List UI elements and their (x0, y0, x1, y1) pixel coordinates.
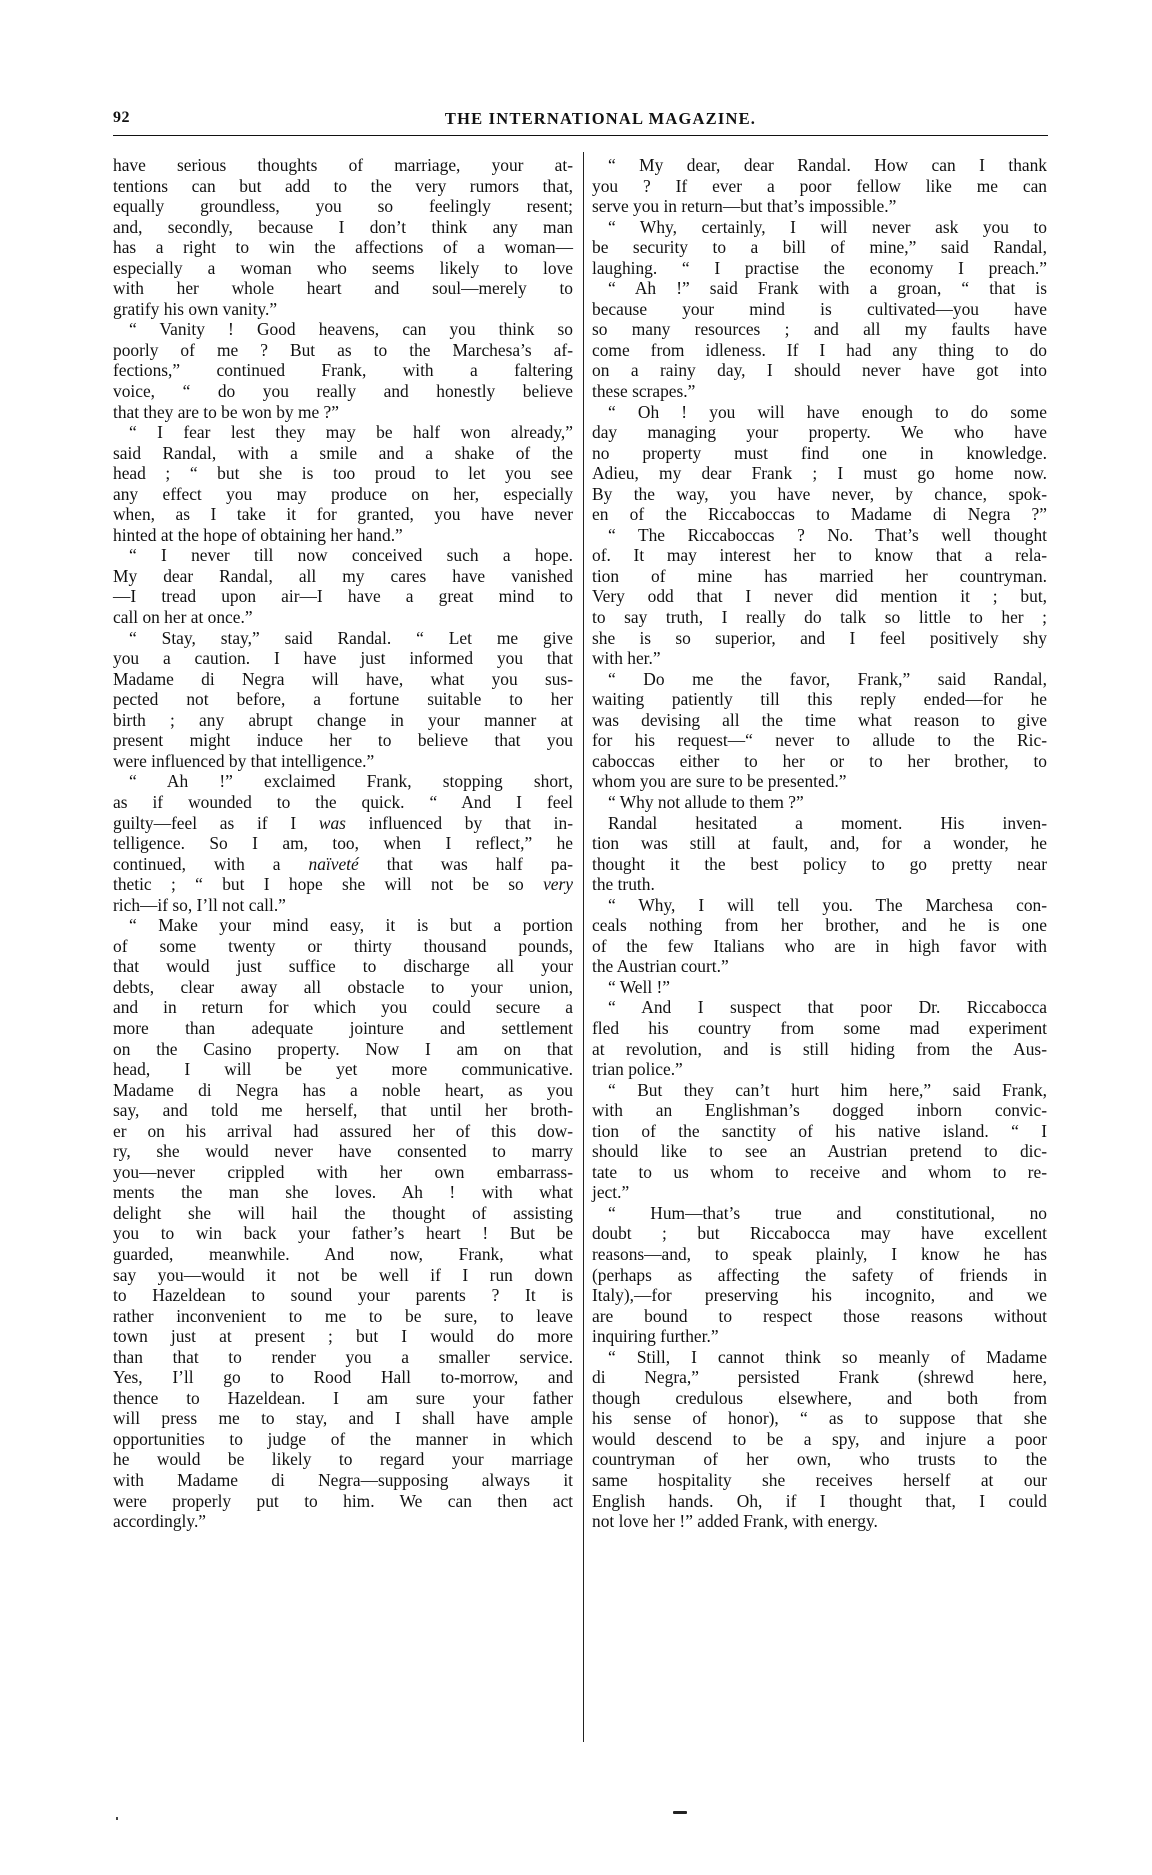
text-line: because your mind is cultivated—you have (592, 299, 1047, 320)
italic-text: very (543, 874, 573, 894)
text-line: day managing your property. We who have (592, 422, 1047, 443)
text-line: with Madame di Negra—supposing always it (113, 1470, 573, 1491)
text-line: to say truth, I really do talk so little… (592, 607, 1047, 628)
text-line: that they are to be won by me ?” (113, 402, 573, 423)
text-line: especially a woman who seems likely to l… (113, 258, 573, 279)
italic-text: was (319, 813, 346, 833)
text-line: “ Make your mind easy, it is but a porti… (113, 915, 573, 936)
text-line: tion was still at fault, and, for a wond… (592, 833, 1047, 854)
text-line: as if wounded to the quick. “ And I feel (113, 792, 573, 813)
header-rule (113, 135, 1048, 136)
text-line: thence to Hazeldean. I am sure your fath… (113, 1388, 573, 1409)
text-line: come from idleness. If I had any thing t… (592, 340, 1047, 361)
text-line: rather inconvenient to me to be sure, to… (113, 1306, 573, 1327)
text-line: town just at present ; but I would do mo… (113, 1326, 573, 1347)
text-line: fections,” continued Frank, with a falte… (113, 360, 573, 381)
text-line: trian police.” (592, 1059, 1047, 1080)
text-line: er on his arrival had assured her of thi… (113, 1121, 573, 1142)
print-speck (116, 1817, 118, 1820)
text-line: are bound to respect those reasons witho… (592, 1306, 1047, 1327)
text-line: of some twenty or thirty thousand pounds… (113, 936, 573, 957)
text-line: delight she will hail the thought of ass… (113, 1203, 573, 1224)
text-line: of the few Italians who are in high favo… (592, 936, 1047, 957)
text-line: will press me to stay, and I shall have … (113, 1408, 573, 1429)
text-line: birth ; any abrupt change in your manner… (113, 710, 573, 731)
text-line: “ My dear, dear Randal. How can I thank (592, 155, 1047, 176)
text-line: “ Ah !” exclaimed Frank, stopping short, (113, 771, 573, 792)
text-line: “ Hum—that’s true and constitutional, no (592, 1203, 1047, 1224)
text-line: and in return for which you could secure… (113, 997, 573, 1018)
text-line: than that to render you a smaller servic… (113, 1347, 573, 1368)
text-line: you a caution. I have just informed you … (113, 648, 573, 669)
text-line: thought it the best policy to go pretty … (592, 854, 1047, 875)
text-line: Adieu, my dear Frank ; I must go home no… (592, 463, 1047, 484)
text-line: tate to us whom to receive and whom to r… (592, 1162, 1047, 1183)
text-line: for his request—“ never to allude to the… (592, 730, 1047, 751)
italic-text: naïveté (309, 854, 359, 874)
print-smudge (673, 1811, 687, 1814)
text-line: head ; “ but she is too proud to let you… (113, 463, 573, 484)
text-line: the Austrian court.” (592, 956, 1047, 977)
text-line: tion of the sanctity of his native islan… (592, 1121, 1047, 1142)
text-line: (perhaps as affecting the safety of frie… (592, 1265, 1047, 1286)
text-line: “ Still, I cannot think so meanly of Mad… (592, 1347, 1047, 1368)
right-column: “ My dear, dear Randal. How can I thanky… (592, 155, 1047, 1532)
text-line: “ The Riccaboccas ? No. That’s well thou… (592, 525, 1047, 546)
text-line: Very odd that I never did mention it ; b… (592, 586, 1047, 607)
text-line: though credulous elsewhere, and both fro… (592, 1388, 1047, 1409)
left-column: have serious thoughts of marriage, your … (113, 155, 573, 1532)
text-line: laughing. “ I practise the economy I pre… (592, 258, 1047, 279)
text-line: guilty—feel as if I was influenced by th… (113, 813, 573, 834)
text-line: to Hazeldean to sound your parents ? It … (113, 1285, 573, 1306)
text-line: “ I fear lest they may be half won alrea… (113, 422, 573, 443)
text-line: My dear Randal, all my cares have vanish… (113, 566, 573, 587)
text-line: poorly of me ? But as to the Marchesa’s … (113, 340, 573, 361)
text-line: di Negra,” persisted Frank (shrewd here, (592, 1367, 1047, 1388)
text-line: “ Well !” (592, 977, 1047, 998)
text-line: telligence. So I am, too, when I reflect… (113, 833, 573, 854)
text-line: continued, with a naïveté that was half … (113, 854, 573, 875)
text-line: be security to a bill of mine,” said Ran… (592, 237, 1047, 258)
text-line: ments the man she loves. Ah ! with what (113, 1182, 573, 1203)
text-line: would descend to be a spy, and injure a … (592, 1429, 1047, 1450)
text-line: “ But they can’t hurt him here,” said Fr… (592, 1080, 1047, 1101)
text-line: say you—would it not be well if I run do… (113, 1265, 573, 1286)
text-line: accordingly.” (113, 1511, 573, 1532)
text-line: fled his country from some mad experimen… (592, 1018, 1047, 1039)
page-header: 92 THE INTERNATIONAL MAGAZINE. (113, 109, 1048, 131)
text-line: should like to see an Austrian pretend t… (592, 1141, 1047, 1162)
text-line: were influenced by that intelligence.” (113, 751, 573, 772)
text-line: you ? If ever a poor fellow like me can (592, 176, 1047, 197)
text-line: say, and told me herself, that until her… (113, 1100, 573, 1121)
text-line: head, I will be yet more communicative. (113, 1059, 573, 1080)
text-line: these scrapes.” (592, 381, 1047, 402)
text-line: “ Ah !” said Frank with a groan, “ that … (592, 278, 1047, 299)
text-line: inquiring further.” (592, 1326, 1047, 1347)
text-line: more than adequate jointure and settleme… (113, 1018, 573, 1039)
text-line: call on her at once.” (113, 607, 573, 628)
text-line: you to win back your father’s heart ! Bu… (113, 1223, 573, 1244)
text-line: with an Englishman’s dogged inborn convi… (592, 1100, 1047, 1121)
text-line: “ Stay, stay,” said Randal. “ Let me giv… (113, 628, 573, 649)
text-line: By the way, you have never, by chance, s… (592, 484, 1047, 505)
text-line: en of the Riccaboccas to Madame di Negra… (592, 504, 1047, 525)
text-line: caboccas either to her or to her brother… (592, 751, 1047, 772)
text-line: of. It may interest her to know that a r… (592, 545, 1047, 566)
text-line: debts, clear away all obstacle to your u… (113, 977, 573, 998)
text-line: gratify his own vanity.” (113, 299, 573, 320)
text-line: so many resources ; and all my faults ha… (592, 319, 1047, 340)
column-divider (583, 152, 584, 1742)
text-line: “ Vanity ! Good heavens, can you think s… (113, 319, 573, 340)
text-line: Randal hesitated a moment. His inven- (592, 813, 1047, 834)
text-line: Madame di Negra has a noble heart, as yo… (113, 1080, 573, 1101)
text-line: whom you are sure to be presented.” (592, 771, 1047, 792)
text-line: same hospitality she receives herself at… (592, 1470, 1047, 1491)
text-line: ject.” (592, 1182, 1047, 1203)
text-line: she is so superior, and I feel positivel… (592, 628, 1047, 649)
text-line: were properly put to him. We can then ac… (113, 1491, 573, 1512)
text-line: you—never crippled with her own embarras… (113, 1162, 573, 1183)
text-line: “ Why, I will tell you. The Marchesa con… (592, 895, 1047, 916)
text-line: “ And I suspect that poor Dr. Riccabocca (592, 997, 1047, 1018)
text-line: was devising all the time what reason to… (592, 710, 1047, 731)
text-line: reasons—and, to speak plainly, I know he… (592, 1244, 1047, 1265)
text-line: with her.” (592, 648, 1047, 669)
text-line: have serious thoughts of marriage, your … (113, 155, 573, 176)
text-line: voice, “ do you really and honestly beli… (113, 381, 573, 402)
text-line: —I tread upon air—I have a great mind to (113, 586, 573, 607)
text-line: rich—if so, I’ll not call.” (113, 895, 573, 916)
text-line: and, secondly, because I don’t think any… (113, 217, 573, 238)
text-line: guarded, meanwhile. And now, Frank, what (113, 1244, 573, 1265)
text-line: thetic ; “ but I hope she will not be so… (113, 874, 573, 895)
text-line: when, as I take it for granted, you have… (113, 504, 573, 525)
text-line: at revolution, and is still hiding from … (592, 1039, 1047, 1060)
text-line: “ Why not allude to them ?” (592, 792, 1047, 813)
text-line: doubt ; but Riccabocca may have excellen… (592, 1223, 1047, 1244)
text-line: has a right to win the affections of a w… (113, 237, 573, 258)
text-line: Italy),—for preserving his incognito, an… (592, 1285, 1047, 1306)
text-line: serve you in return—but that’s impossibl… (592, 196, 1047, 217)
text-line: hinted at the hope of obtaining her hand… (113, 525, 573, 546)
text-line: Yes, I’ll go to Rood Hall to-morrow, and (113, 1367, 573, 1388)
text-line: waiting patiently till this reply ended—… (592, 689, 1047, 710)
text-line: the truth. (592, 874, 1047, 895)
text-line: no property must find one in knowledge. (592, 443, 1047, 464)
magazine-page: 92 THE INTERNATIONAL MAGAZINE. have seri… (113, 0, 1048, 1875)
text-line: Madame di Negra will have, what you sus- (113, 669, 573, 690)
text-line: his sense of honor), “ as to suppose tha… (592, 1408, 1047, 1429)
text-line: with her whole heart and soul—merely to (113, 278, 573, 299)
text-line: present might induce her to believe that… (113, 730, 573, 751)
text-line: “ Why, certainly, I will never ask you t… (592, 217, 1047, 238)
text-line: that would just suffice to discharge all… (113, 956, 573, 977)
text-line: ceals nothing from her brother, and he i… (592, 915, 1047, 936)
text-line: pected not before, a fortune suitable to… (113, 689, 573, 710)
text-line: opportunities to judge of the manner in … (113, 1429, 573, 1450)
text-line: on a rainy day, I should never have got … (592, 360, 1047, 381)
running-title: THE INTERNATIONAL MAGAZINE. (113, 109, 1048, 129)
text-line: equally groundless, you so feelingly res… (113, 196, 573, 217)
text-line: ry, she would never have consented to ma… (113, 1141, 573, 1162)
text-line: said Randal, with a smile and a shake of… (113, 443, 573, 464)
text-line: on the Casino property. Now I am on that (113, 1039, 573, 1060)
text-line: “ Oh ! you will have enough to do some (592, 402, 1047, 423)
text-line: any effect you may produce on her, espec… (113, 484, 573, 505)
text-line: “ Do me the favor, Frank,” said Randal, (592, 669, 1047, 690)
text-line: countryman of her own, who trusts to the (592, 1449, 1047, 1470)
text-line: English hands. Oh, if I thought that, I … (592, 1491, 1047, 1512)
text-line: he would be likely to regard your marria… (113, 1449, 573, 1470)
text-line: “ I never till now conceived such a hope… (113, 545, 573, 566)
text-line: tion of mine has married her countryman. (592, 566, 1047, 587)
text-line: tentions can but add to the very rumors … (113, 176, 573, 197)
text-line: not love her !” added Frank, with energy… (592, 1511, 1047, 1532)
